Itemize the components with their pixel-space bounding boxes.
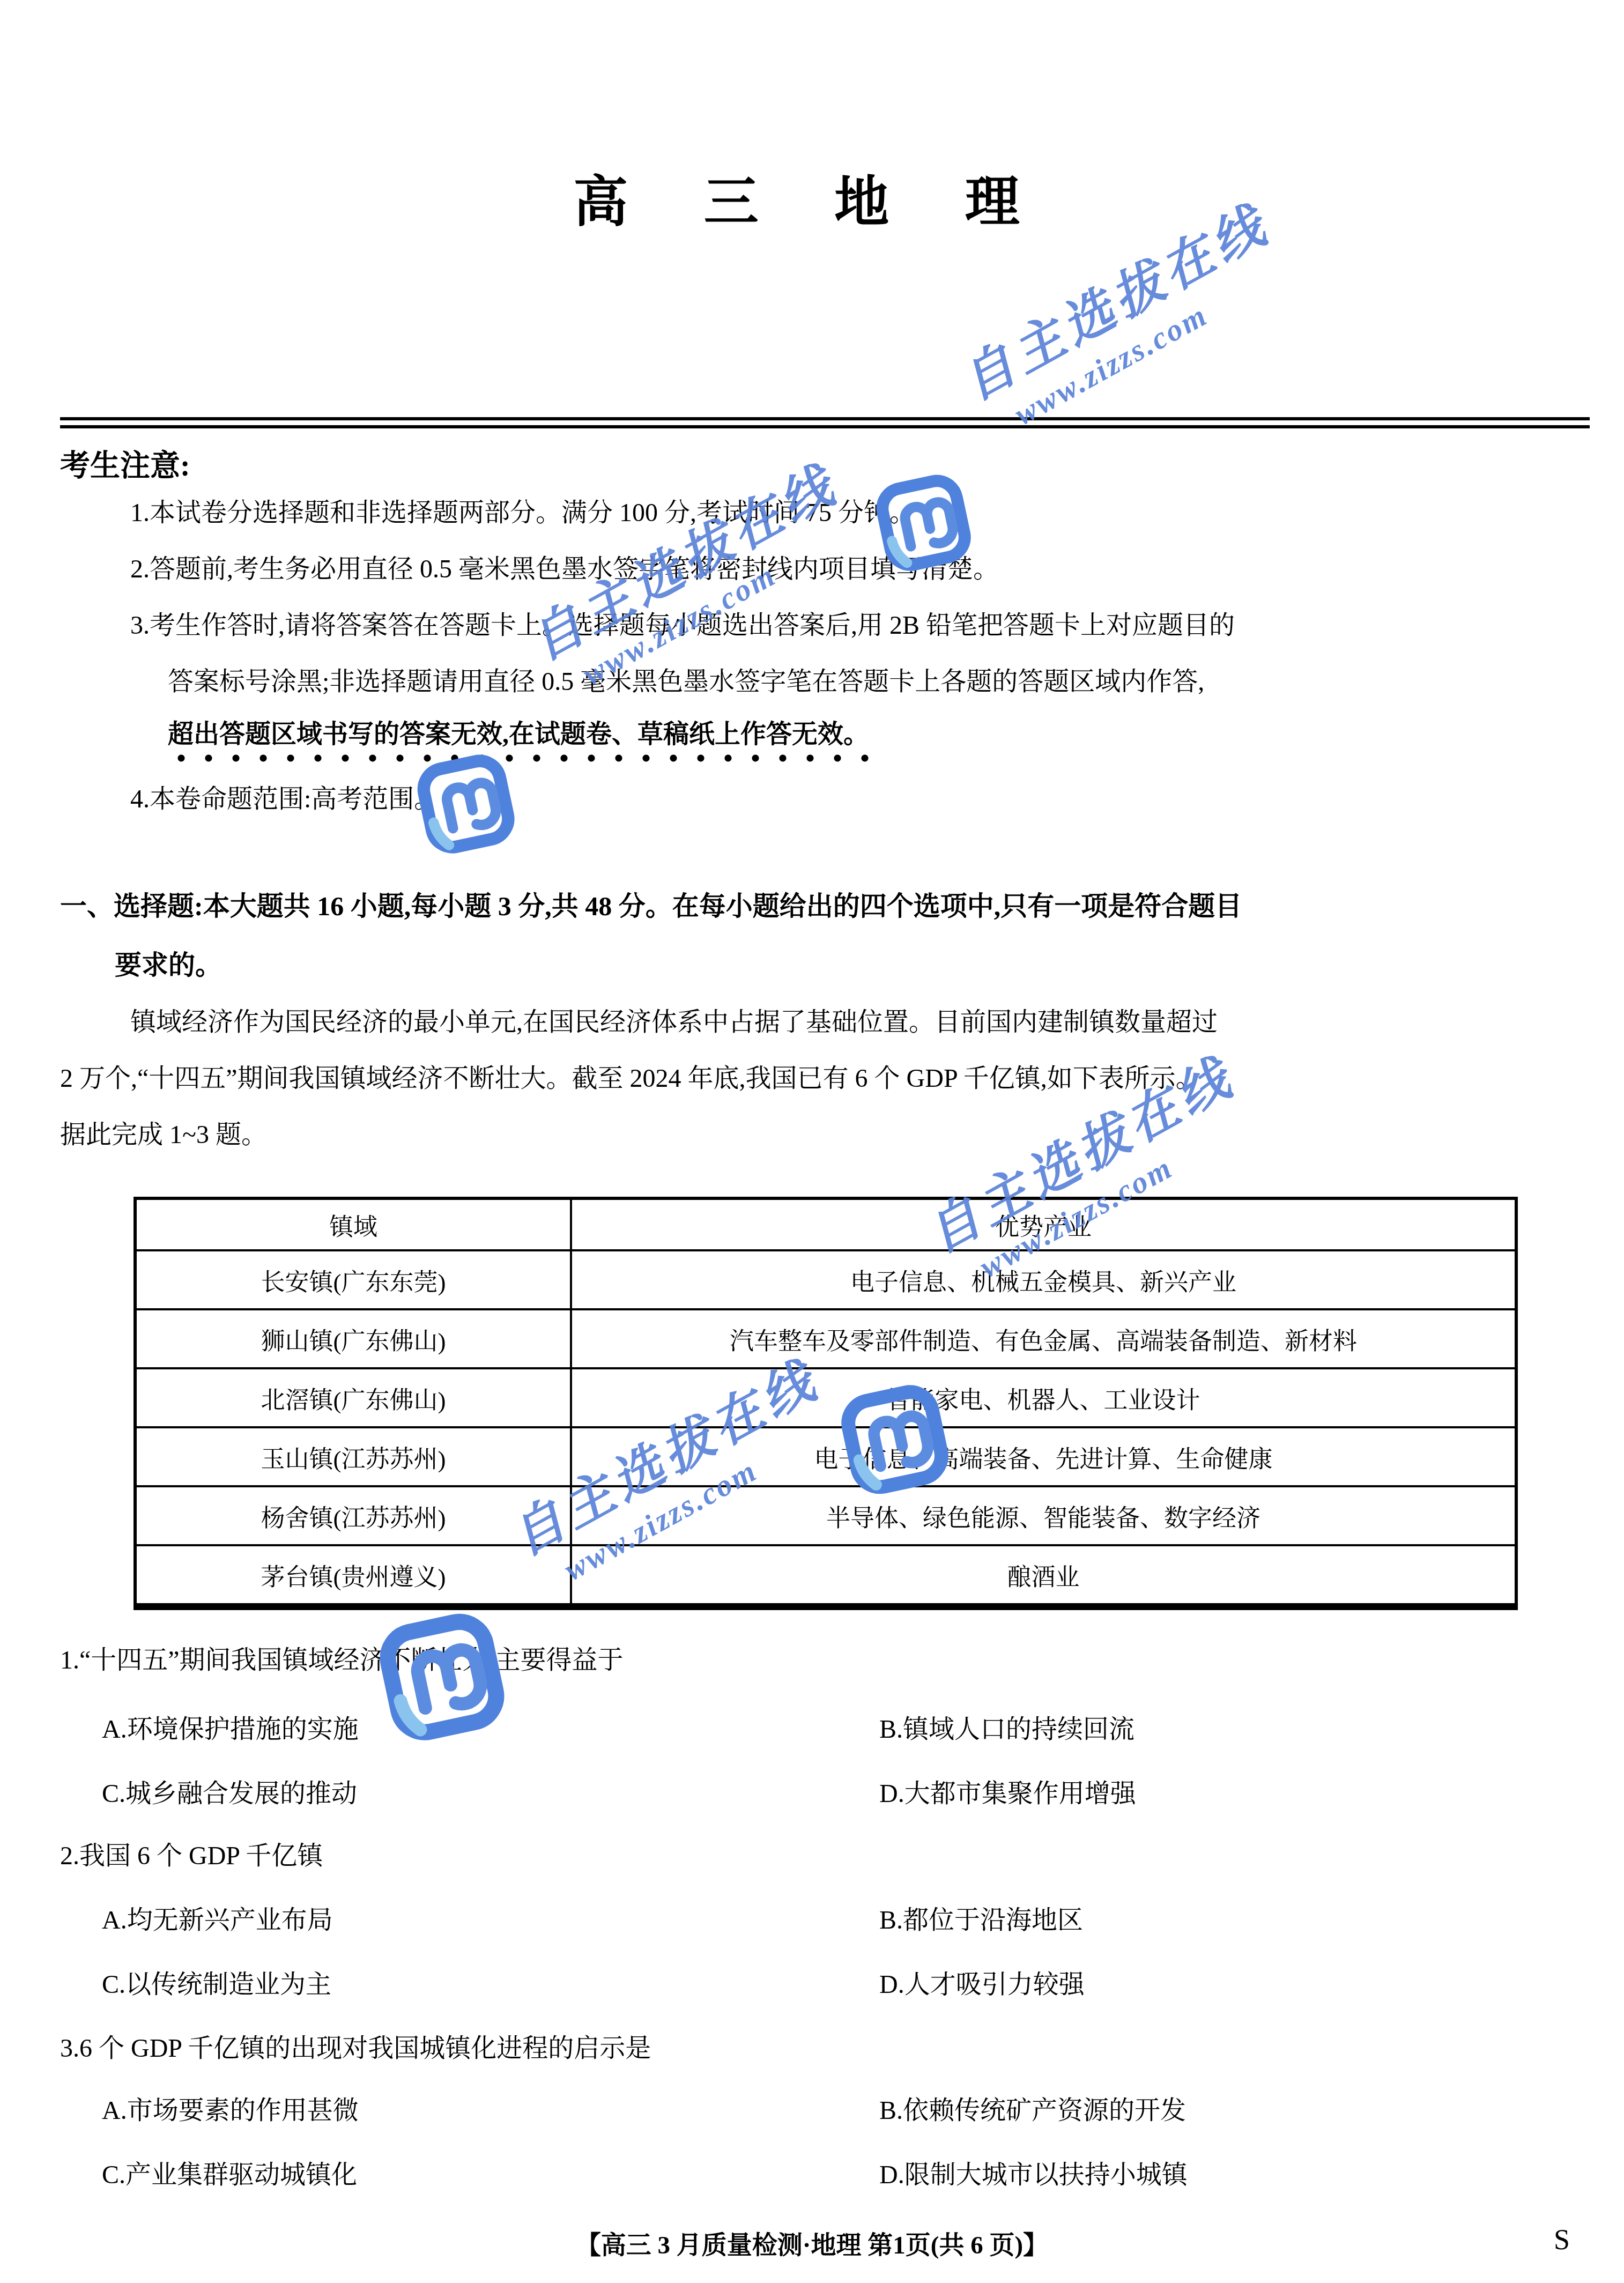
page-title: 高 三 地 理 — [0, 159, 1624, 237]
question-3-option-b: B.依赖传统矿产资源的开发 — [879, 2096, 1186, 2126]
question-3-stem: 3.6 个 GDP 千亿镇的出现对我国城镇化进程的启示是 — [60, 2034, 651, 2064]
zizzs-logo-icon — [375, 1609, 509, 1750]
table-cell: 茅台镇(贵州遵义) — [137, 1544, 572, 1603]
question-1-stem: 1.“十四五”期间我国镇域经济不断壮大,主要得益于 — [60, 1645, 624, 1676]
table-cell: 电子信息、高端装备、先进计算、生命健康 — [572, 1426, 1515, 1485]
table-cell: 杨舍镇(江苏苏州) — [137, 1485, 572, 1544]
notice-item-1: 1.本试卷分选择题和非选择题两部分。满分 100 分,考试时间 75 分钟。 — [130, 498, 915, 529]
watermark-url: www.zizzs.com — [577, 510, 867, 692]
question-2-option-b: B.都位于沿海地区 — [879, 1906, 1083, 1936]
question-3-option-c: C.产业集群驱动城镇化 — [102, 2160, 357, 2191]
notice-item-4: 4.本卷命题范围:高考范围。 — [130, 784, 440, 815]
table-cell: 玉山镇(江苏苏州) — [137, 1426, 572, 1485]
notice-item-3: 3.考生作答时,请将答案答在答题卡上。选择题每小题选出答案后,用 2B 铅笔把答… — [130, 611, 1235, 641]
table-cell: 长安镇(广东东莞) — [137, 1249, 572, 1308]
passage-line-2: 2 万个,“十四五”期间我国镇域经济不断壮大。截至 2024 年底,我国已有 6… — [60, 1064, 1202, 1094]
table-cell: 北滘镇(广东佛山) — [137, 1367, 572, 1426]
notice-item-2: 2.答题前,考生务必用直径 0.5 毫米黑色墨水签字笔将密封线内项目填写清楚。 — [130, 554, 999, 585]
exam-paper-page: 高 三 地 理 考生注意: 1.本试卷分选择题和非选择题两部分。满分 100 分… — [0, 0, 1624, 2283]
table-header-town: 镇域 — [137, 1200, 572, 1249]
question-2-option-c: C.以传统制造业为主 — [102, 1970, 331, 2000]
passage-line-1: 镇域经济作为国民经济的最小单元,在国民经济体系中占据了基础位置。目前国内建制镇数… — [130, 1007, 1218, 1038]
passage-line-3: 据此完成 1~3 题。 — [60, 1120, 267, 1151]
notice-emphasized-line: 超出答题区域书写的答案无效,在试题卷、草稿纸上作答无效。 — [168, 720, 869, 764]
question-3-option-a: A.市场要素的作用甚微 — [102, 2096, 359, 2126]
page-footer: 【高三 3 月质量检测·地理 第1页(共 6 页)】 — [0, 2225, 1624, 2261]
notice-heading: 考生注意: — [60, 442, 190, 485]
table-cell: 狮山镇(广东佛山) — [137, 1308, 572, 1367]
question-1-option-b: B.镇域人口的持续回流 — [879, 1715, 1134, 1745]
section-heading-line2: 要求的。 — [115, 950, 222, 981]
table-cell: 智能家电、机器人、工业设计 — [572, 1367, 1515, 1426]
question-2-option-a: A.均无新兴产业布局 — [102, 1906, 333, 1936]
question-2-stem: 2.我国 6 个 GDP 千亿镇 — [60, 1841, 323, 1872]
question-3-option-d: D.限制大城市以扶持小城镇 — [879, 2160, 1188, 2191]
watermark-url: www.zizzs.com — [1008, 250, 1299, 432]
towns-industries-table: 镇域 优势产业 长安镇(广东东莞) 电子信息、机械五金模具、新兴产业 狮山镇(广… — [134, 1197, 1518, 1610]
question-1-option-c: C.城乡融合发展的推动 — [102, 1779, 357, 1810]
corner-mark: S — [1554, 2223, 1570, 2256]
question-1-option-a: A.环境保护措施的实施 — [102, 1715, 359, 1745]
question-1-option-d: D.大都市集聚作用增强 — [879, 1779, 1136, 1810]
table-header-industry: 优势产业 — [572, 1200, 1515, 1249]
table-cell: 半导体、绿色能源、智能装备、数字经济 — [572, 1485, 1515, 1544]
header-divider — [60, 417, 1590, 428]
table-cell: 电子信息、机械五金模具、新兴产业 — [572, 1249, 1515, 1308]
section-heading-line1: 一、选择题:本大题共 16 小题,每小题 3 分,共 48 分。在每小题给出的四… — [60, 891, 1242, 922]
notice-item-3-cont: 答案标号涂黑;非选择题请用直径 0.5 毫米黑色墨水签字笔在答题卡上各题的答题区… — [168, 667, 1204, 698]
table-cell: 酿酒业 — [572, 1544, 1515, 1603]
question-2-option-d: D.人才吸引力较强 — [879, 1970, 1085, 2000]
table-cell: 汽车整车及零部件制造、有色金属、高端装备制造、新材料 — [572, 1308, 1515, 1367]
